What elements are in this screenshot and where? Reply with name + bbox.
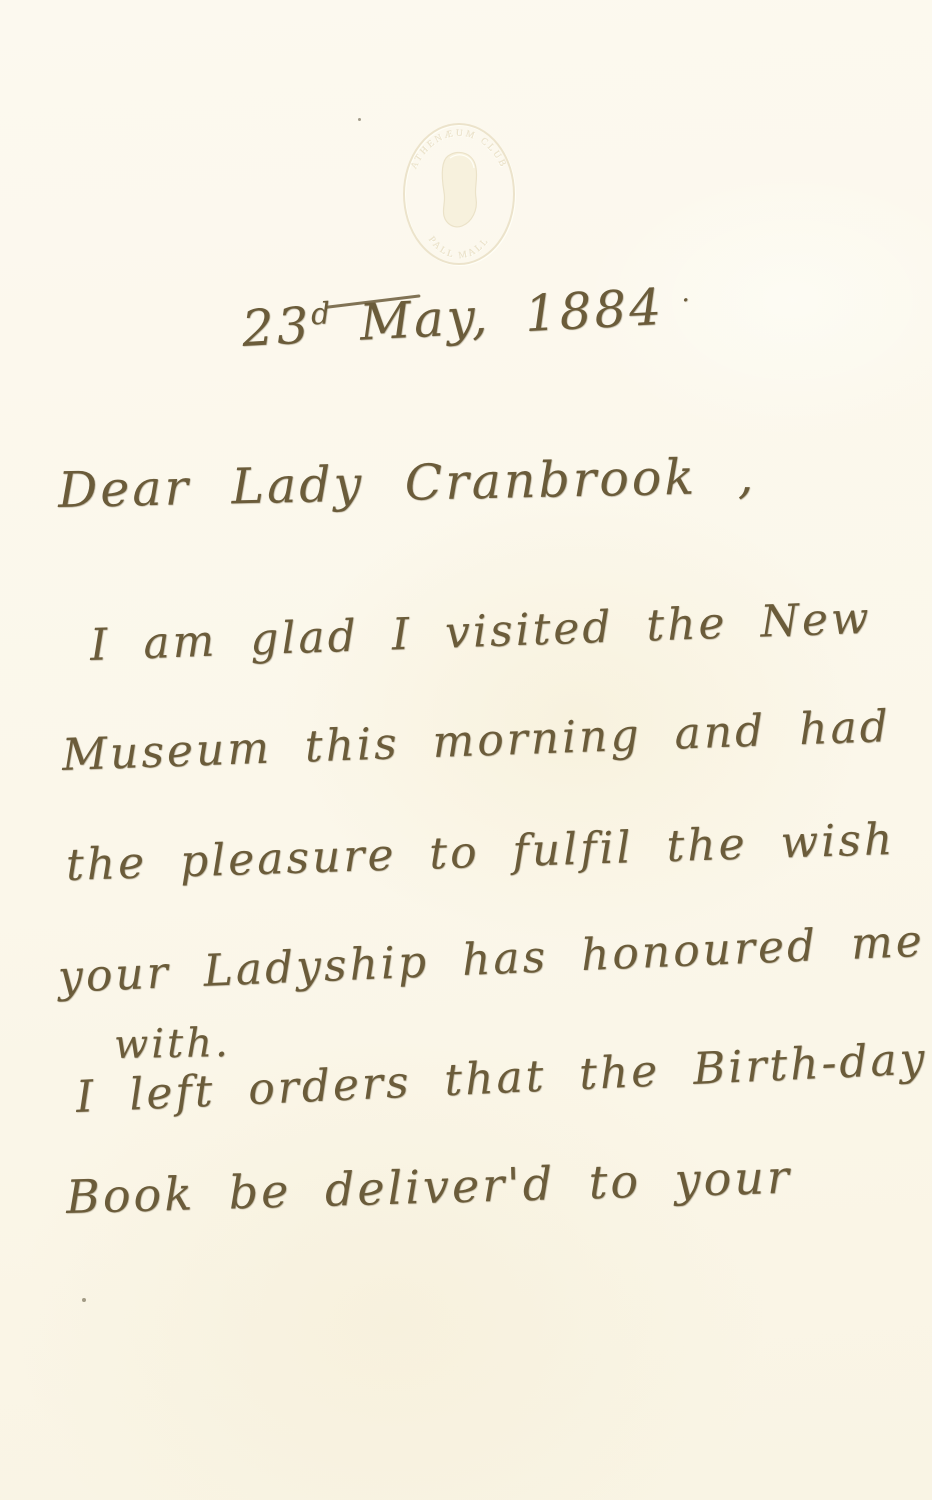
date-month-year: May, 1884 [358,278,665,352]
paper-speck [82,1298,86,1302]
salutation-line: Dear Lady Cranbrook , [57,447,756,519]
date-line: 23dMay, 1884· [240,276,694,358]
date-ordinal-letter: d [310,296,334,332]
letter-line: Museum this morning and had [61,701,892,781]
letter-line: your Ladyship has honoured me [57,916,926,1003]
letter-page: ATHENÆUM CLUB PALL MALL 23dMay, 1884· De… [0,0,932,1500]
letter-line: with. [114,1020,231,1068]
date-day: 23 [240,296,313,358]
letter-line: I am glad I visited the New [89,593,872,671]
date-ordinal: d [310,296,334,332]
paper-speck [358,118,361,121]
letter-line: the pleasure to fulfil the wish [65,814,896,891]
date-end-mark: · [681,285,694,316]
seal-athena-head [442,152,476,226]
athenaeum-club-embossed-seal: ATHENÆUM CLUB PALL MALL [398,118,520,270]
letter-line: Book be deliver'd to your [65,1150,792,1224]
